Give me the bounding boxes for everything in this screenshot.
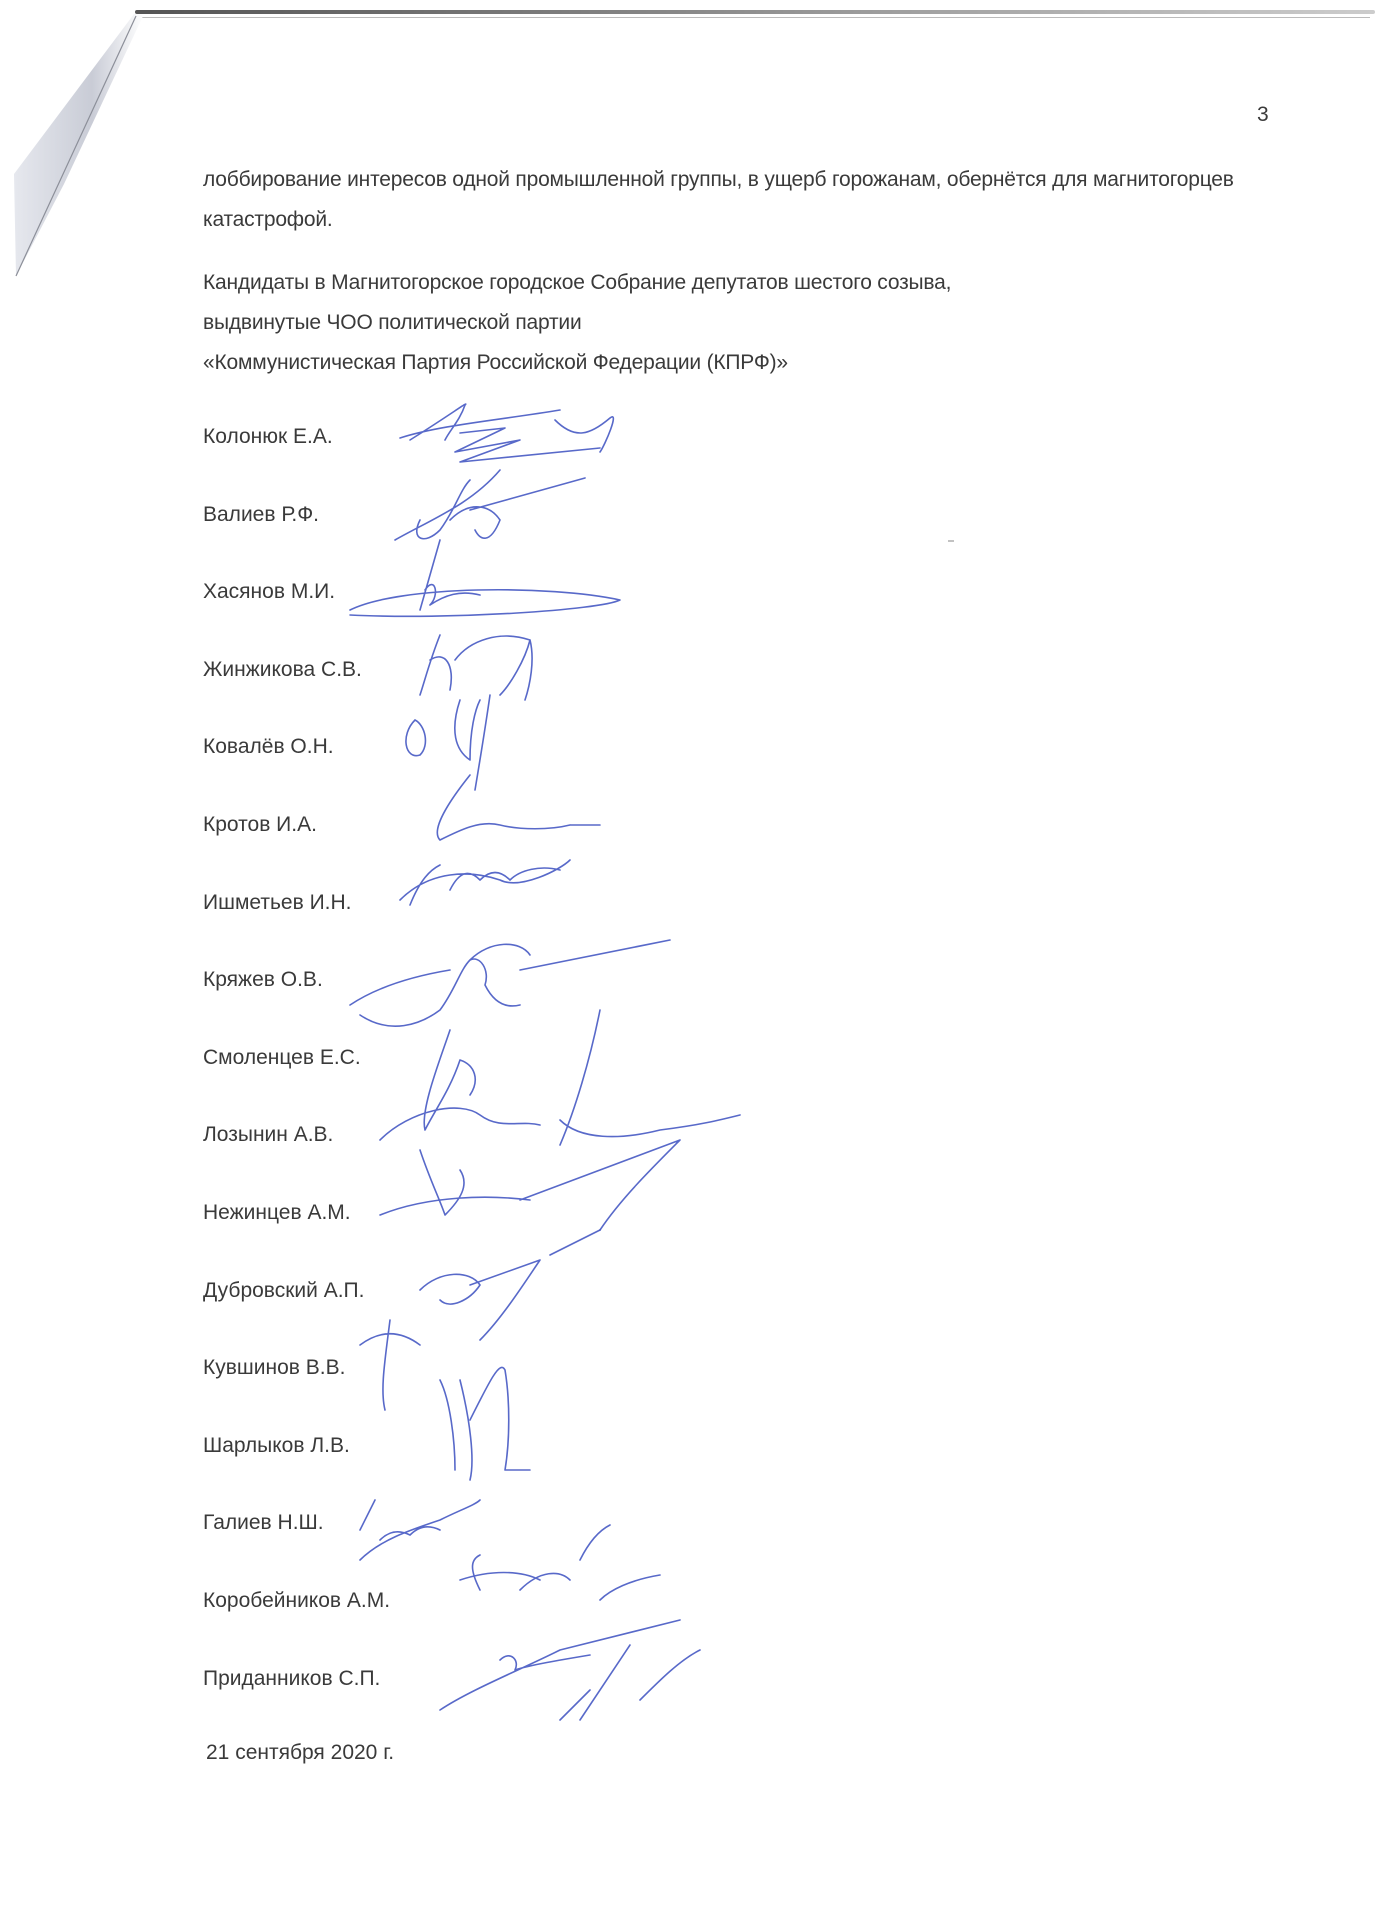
signer-row: Кувшинов В.В. (203, 1353, 390, 1431)
signer-name: Дубровский А.П. (203, 1279, 364, 1302)
signer-row: Нежинцев А.М. (203, 1198, 390, 1276)
signer-name: Кувшинов В.В. (203, 1356, 345, 1379)
signer-name: Смоленцев Е.С. (203, 1046, 361, 1069)
signer-list: Колонюк Е.А. Валиев Р.Ф. Хасянов М.И. Жи… (203, 422, 390, 1741)
signature-scribble (460, 1525, 660, 1600)
signer-name: Кротов И.А. (203, 813, 317, 836)
signature-scribble (395, 470, 585, 540)
signer-name: Лозынин А.В. (203, 1123, 333, 1146)
signer-row: Хасянов М.И. (203, 577, 390, 655)
signer-row: Кротов И.А. (203, 810, 390, 888)
signer-name: Приданников С.П. (203, 1667, 380, 1690)
signer-row: Галиев Н.Ш. (203, 1508, 390, 1586)
signer-name: Ишметьев И.Н. (203, 891, 352, 914)
candidates-heading-line-3: «Коммунистическая Партия Российской Феде… (203, 343, 1263, 383)
signer-row: Дубровский А.П. (203, 1276, 390, 1354)
signer-name: Хасянов М.И. (203, 580, 335, 603)
scan-dust-mark (948, 540, 954, 542)
signer-name: Кряжев О.В. (203, 968, 323, 991)
signature-scribble (360, 1230, 600, 1410)
candidates-heading-line-1: Кандидаты в Магнитогорское городское Соб… (203, 263, 1263, 303)
signature-scribble (437, 775, 600, 840)
signature-scribble (406, 695, 490, 790)
signer-row: Шарлыков Л.В. (203, 1431, 390, 1509)
signature-scribble (440, 1367, 530, 1480)
signer-name: Валиев Р.Ф. (203, 503, 319, 526)
paper-fold-shadow (14, 14, 144, 284)
signer-row: Ковалёв О.Н. (203, 732, 390, 810)
signature-scribble (420, 635, 532, 700)
signer-row: Лозынин А.В. (203, 1120, 390, 1198)
signature-scribble (350, 540, 620, 616)
signer-row: Валиев Р.Ф. (203, 500, 390, 578)
signer-row: Коробейников А.М. (203, 1586, 390, 1664)
paper-edge-line (140, 17, 1370, 18)
signer-row: Приданников С.П. (203, 1664, 390, 1742)
signer-row: Ишметьев И.Н. (203, 888, 390, 966)
signature-scribble (400, 404, 613, 462)
paper-edge-shadow-top (135, 10, 1375, 14)
candidates-heading: Кандидаты в Магнитогорское городское Соб… (203, 263, 1263, 383)
signer-name: Колонюк Е.А. (203, 425, 333, 448)
page-number: 3 (1257, 103, 1269, 127)
document-date: 21 сентября 2020 г. (206, 1741, 394, 1765)
signer-name: Коробейников А.М. (203, 1589, 390, 1612)
signer-name: Нежинцев А.М. (203, 1201, 351, 1224)
signer-row: Колонюк Е.А. (203, 422, 390, 500)
signature-scribble (400, 860, 570, 905)
signer-row: Жинжикова С.В. (203, 655, 390, 733)
signer-name: Ковалёв О.Н. (203, 735, 334, 758)
signer-name: Жинжикова С.В. (203, 658, 362, 681)
signature-scribble (350, 940, 670, 1026)
signature-scribble (380, 1010, 740, 1145)
signer-row: Смоленцев Е.С. (203, 1043, 390, 1121)
signer-row: Кряжев О.В. (203, 965, 390, 1043)
signer-name: Шарлыков Л.В. (203, 1434, 350, 1457)
signer-name: Галиев Н.Ш. (203, 1511, 324, 1534)
signature-scribble (380, 1140, 680, 1230)
body-paragraph-continuation: лоббирование интересов одной промышленно… (203, 160, 1263, 240)
candidates-heading-line-2: выдвинутые ЧОО политической партии (203, 303, 1263, 343)
signature-scribble (440, 1620, 700, 1720)
